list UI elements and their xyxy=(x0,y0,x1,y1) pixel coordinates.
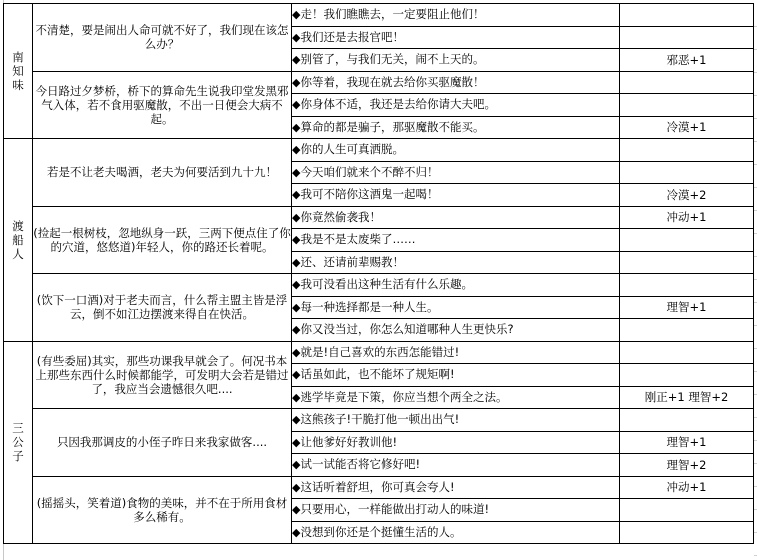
attribute-effect-cell[interactable]: 理智+1 xyxy=(620,431,754,454)
attribute-effect-text: 理智+2 xyxy=(667,458,707,472)
attribute-effect-text: 刚正+1 理智+2 xyxy=(645,390,729,404)
attribute-effect-cell[interactable] xyxy=(620,229,754,252)
table-row: (摇摇头，笑着道)食物的美味，并不在于所用食材多么稀有。◆这话听着舒坦，你可真会… xyxy=(4,476,754,499)
attribute-effect-cell[interactable] xyxy=(620,251,754,274)
attribute-effect-cell[interactable] xyxy=(620,274,754,297)
attribute-effect-cell[interactable] xyxy=(620,139,754,162)
dialogue-option-text: 你等着，我现在就去给你买驱魔散！ xyxy=(300,75,484,89)
dialogue-choice-table: 南知味不清楚，要是闹出人命可就不好了，我们现在该怎么办？◆走！我们瞧瞧去，一定要… xyxy=(3,3,754,544)
npc-line-text: (摇摇头，笑着道)食物的美味，并不在于所用食材多么稀有。 xyxy=(37,496,287,524)
dialogue-option-cell[interactable]: ◆你身体不适，我还是去给你请大夫吧。 xyxy=(292,94,620,117)
attribute-effect-cell[interactable]: 冷漠+1 xyxy=(620,116,754,139)
attribute-effect-cell[interactable]: 冷漠+2 xyxy=(620,184,754,207)
dialogue-option-text: 你的人生可真洒脱。 xyxy=(300,142,404,156)
attribute-effect-cell[interactable] xyxy=(620,521,754,544)
attribute-effect-cell[interactable] xyxy=(620,94,754,117)
npc-line-cell[interactable]: (捡起一根树枝，忽地纵身一跃，三两下便点住了你的穴道，悠悠道)年轻人，你的路还长… xyxy=(33,206,292,274)
attribute-effect-cell[interactable]: 刚正+1 理智+2 xyxy=(620,386,754,409)
npc-line-cell[interactable]: (摇摇头，笑着道)食物的美味，并不在于所用食材多么稀有。 xyxy=(33,476,292,544)
dialogue-option-text: 就是!自己喜欢的东西怎能错过! xyxy=(300,345,459,359)
table-row: 今日路过夕梦桥，桥下的算命先生说我印堂发黑邪气入体，若不食用驱魔散，不出一日便会… xyxy=(4,71,754,94)
npc-line-text: (捡起一根树枝，忽地纵身一跃，三两下便点住了你的穴道，悠悠道)年轻人，你的路还长… xyxy=(33,226,290,254)
dialogue-option-text: 我可没看出这种生活有什么乐趣。 xyxy=(300,277,473,291)
table-row: (饮下一口酒)对于老夫而言，什么帮主盟主皆是浮云，倒不如江边摆渡来得自在快活。◆… xyxy=(4,274,754,297)
character-name-cell[interactable]: 南知味 xyxy=(4,4,33,139)
dialogue-option-text: 我可不陪你这酒鬼一起喝！ xyxy=(300,187,438,201)
dialogue-option-cell[interactable]: ◆话虽如此，也不能坏了规矩啊! xyxy=(292,364,620,387)
character-name: 渡船人 xyxy=(11,219,25,261)
dialogue-option-cell[interactable]: ◆就是!自己喜欢的东西怎能错过! xyxy=(292,341,620,364)
attribute-effect-text: 冲动+1 xyxy=(667,210,707,224)
attribute-effect-text: 理智+1 xyxy=(667,300,707,314)
attribute-effect-text: 冷漠+1 xyxy=(667,120,707,134)
attribute-effect-cell[interactable] xyxy=(620,341,754,364)
npc-line-text: 若是不让老夫喝酒，老夫为何要活到九十九！ xyxy=(47,165,277,179)
dialogue-option-text: 走！我们瞧瞧去，一定要阻止他们！ xyxy=(300,7,484,21)
dialogue-option-text: 算命的都是骗子，那驱魔散不能买。 xyxy=(300,120,484,134)
npc-line-text: (有些委屈)其实，那些功课我早就会了。何况书本上那些东西什么时候都能学，可发明大… xyxy=(36,354,289,396)
dialogue-option-cell[interactable]: ◆你又没当过，你怎么知道哪种人生更快乐? xyxy=(292,319,620,342)
dialogue-option-text: 还、还请前辈赐教！ xyxy=(300,255,404,269)
npc-line-cell[interactable]: (有些委屈)其实，那些功课我早就会了。何况书本上那些东西什么时候都能学，可发明大… xyxy=(33,341,292,409)
dialogue-option-cell[interactable]: ◆这熊孩子!干脆打他一顿出出气! xyxy=(292,409,620,432)
attribute-effect-cell[interactable] xyxy=(620,161,754,184)
attribute-effect-cell[interactable] xyxy=(620,409,754,432)
dialogue-option-text: 这熊孩子!干脆打他一顿出出气! xyxy=(300,412,459,426)
attribute-effect-cell[interactable] xyxy=(620,499,754,522)
table-row: 南知味不清楚，要是闹出人命可就不好了，我们现在该怎么办？◆走！我们瞧瞧去，一定要… xyxy=(4,4,754,27)
table-row: (捡起一根树枝，忽地纵身一跃，三两下便点住了你的穴道，悠悠道)年轻人，你的路还长… xyxy=(4,206,754,229)
dialogue-option-cell[interactable]: ◆你竟然偷袭我！ xyxy=(292,206,620,229)
attribute-effect-cell[interactable]: 理智+1 xyxy=(620,296,754,319)
dialogue-option-cell[interactable]: ◆这话听着舒坦，你可真会夸人! xyxy=(292,476,620,499)
attribute-effect-cell[interactable] xyxy=(620,26,754,49)
npc-line-text: 今日路过夕梦桥，桥下的算命先生说我印堂发黑邪气入体，若不食用驱魔散，不出一日便会… xyxy=(36,84,289,126)
table-row: 只因我那调皮的小侄子昨日来我家做客....◆这熊孩子!干脆打他一顿出出气! xyxy=(4,409,754,432)
dialogue-option-text: 你竟然偷袭我！ xyxy=(300,210,381,224)
attribute-effect-cell[interactable]: 理智+2 xyxy=(620,454,754,477)
dialogue-option-text: 逃学毕竟是下策，你应当想个两全之法。 xyxy=(300,390,507,404)
dialogue-option-text: 每一种选择都是一种人生。 xyxy=(300,300,438,314)
dialogue-option-cell[interactable]: ◆走！我们瞧瞧去，一定要阻止他们！ xyxy=(292,4,620,27)
attribute-effect-cell[interactable]: 邪恶+1 xyxy=(620,49,754,72)
attribute-effect-text: 邪恶+1 xyxy=(667,53,707,67)
npc-line-cell[interactable]: 不清楚，要是闹出人命可就不好了，我们现在该怎么办？ xyxy=(33,4,292,72)
dialogue-option-cell[interactable]: ◆逃学毕竟是下策，你应当想个两全之法。 xyxy=(292,386,620,409)
attribute-effect-text: 理智+1 xyxy=(667,435,707,449)
npc-line-text: 不清楚，要是闹出人命可就不好了，我们现在该怎么办？ xyxy=(36,23,289,51)
dialogue-option-cell[interactable]: ◆每一种选择都是一种人生。 xyxy=(292,296,620,319)
npc-line-cell[interactable]: 今日路过夕梦桥，桥下的算命先生说我印堂发黑邪气入体，若不食用驱魔散，不出一日便会… xyxy=(33,71,292,139)
dialogue-option-cell[interactable]: ◆让他爹好好教训他! xyxy=(292,431,620,454)
dialogue-option-text: 没想到你还是个挺懂生活的人。 xyxy=(300,525,461,539)
dialogue-option-cell[interactable]: ◆算命的都是骗子，那驱魔散不能买。 xyxy=(292,116,620,139)
dialogue-option-cell[interactable]: ◆你等着，我现在就去给你买驱魔散！ xyxy=(292,71,620,94)
attribute-effect-cell[interactable]: 冲动+1 xyxy=(620,206,754,229)
dialogue-option-text: 你又没当过，你怎么知道哪种人生更快乐? xyxy=(300,322,513,336)
dialogue-option-text: 这话听着舒坦，你可真会夸人! xyxy=(300,480,454,494)
dialogue-option-cell[interactable]: ◆我可不陪你这酒鬼一起喝！ xyxy=(292,184,620,207)
dialogue-option-text: 让他爹好好教训他! xyxy=(300,435,397,449)
npc-line-cell[interactable]: 若是不让老夫喝酒，老夫为何要活到九十九！ xyxy=(33,139,292,207)
character-name-cell[interactable]: 三公子 xyxy=(4,341,33,544)
npc-line-cell[interactable]: (饮下一口酒)对于老夫而言，什么帮主盟主皆是浮云，倒不如江边摆渡来得自在快活。 xyxy=(33,274,292,342)
dialogue-option-cell[interactable]: ◆试一试能否将它修好吧! xyxy=(292,454,620,477)
dialogue-option-cell[interactable]: ◆你的人生可真洒脱。 xyxy=(292,139,620,162)
character-name: 南知味 xyxy=(11,50,25,92)
npc-line-text: (饮下一口酒)对于老夫而言，什么帮主盟主皆是浮云，倒不如江边摆渡来得自在快活。 xyxy=(37,293,287,321)
dialogue-option-text: 今天咱们就来个不醉不归！ xyxy=(300,165,438,179)
attribute-effect-cell[interactable] xyxy=(620,4,754,27)
table-row: 渡船人若是不让老夫喝酒，老夫为何要活到九十九！◆你的人生可真洒脱。 xyxy=(4,139,754,162)
dialogue-option-text: 我是不是太废柴了…… xyxy=(300,232,415,246)
dialogue-option-cell[interactable]: ◆今天咱们就来个不醉不归！ xyxy=(292,161,620,184)
table-row: 三公子(有些委屈)其实，那些功课我早就会了。何况书本上那些东西什么时候都能学，可… xyxy=(4,341,754,364)
npc-line-cell[interactable]: 只因我那调皮的小侄子昨日来我家做客.... xyxy=(33,409,292,477)
dialogue-option-text: 别管了，与我们无关，闹不上天的。 xyxy=(300,52,484,66)
dialogue-option-cell[interactable]: ◆别管了，与我们无关，闹不上天的。 xyxy=(292,49,620,72)
dialogue-option-cell[interactable]: ◆我们还是去报官吧！ xyxy=(292,26,620,49)
dialogue-option-cell[interactable]: ◆只要用心，一样能做出打动人的味道! xyxy=(292,499,620,522)
attribute-effect-text: 冷漠+2 xyxy=(667,188,707,202)
character-name: 三公子 xyxy=(11,421,25,463)
dialogue-option-cell[interactable]: ◆还、还请前辈赐教！ xyxy=(292,251,620,274)
attribute-effect-text: 冲动+1 xyxy=(667,480,707,494)
dialogue-option-text: 话虽如此，也不能坏了规矩啊! xyxy=(300,367,454,381)
dialogue-option-text: 我们还是去报官吧！ xyxy=(300,30,404,44)
npc-line-text: 只因我那调皮的小侄子昨日来我家做客.... xyxy=(57,435,267,449)
dialogue-option-cell[interactable]: ◆我可没看出这种生活有什么乐趣。 xyxy=(292,274,620,297)
attribute-effect-cell[interactable] xyxy=(620,71,754,94)
character-name-cell[interactable]: 渡船人 xyxy=(4,139,33,342)
attribute-effect-cell[interactable] xyxy=(620,319,754,342)
dialogue-option-cell[interactable]: ◆没想到你还是个挺懂生活的人。 xyxy=(292,521,620,544)
dialogue-option-text: 你身体不适，我还是去给你请大夫吧。 xyxy=(300,97,496,111)
attribute-effect-cell[interactable]: 冲动+1 xyxy=(620,476,754,499)
dialogue-option-text: 只要用心，一样能做出打动人的味道! xyxy=(300,502,489,516)
dialogue-option-cell[interactable]: ◆我是不是太废柴了…… xyxy=(292,229,620,252)
dialogue-option-text: 试一试能否将它修好吧! xyxy=(300,457,420,471)
attribute-effect-cell[interactable] xyxy=(620,364,754,387)
